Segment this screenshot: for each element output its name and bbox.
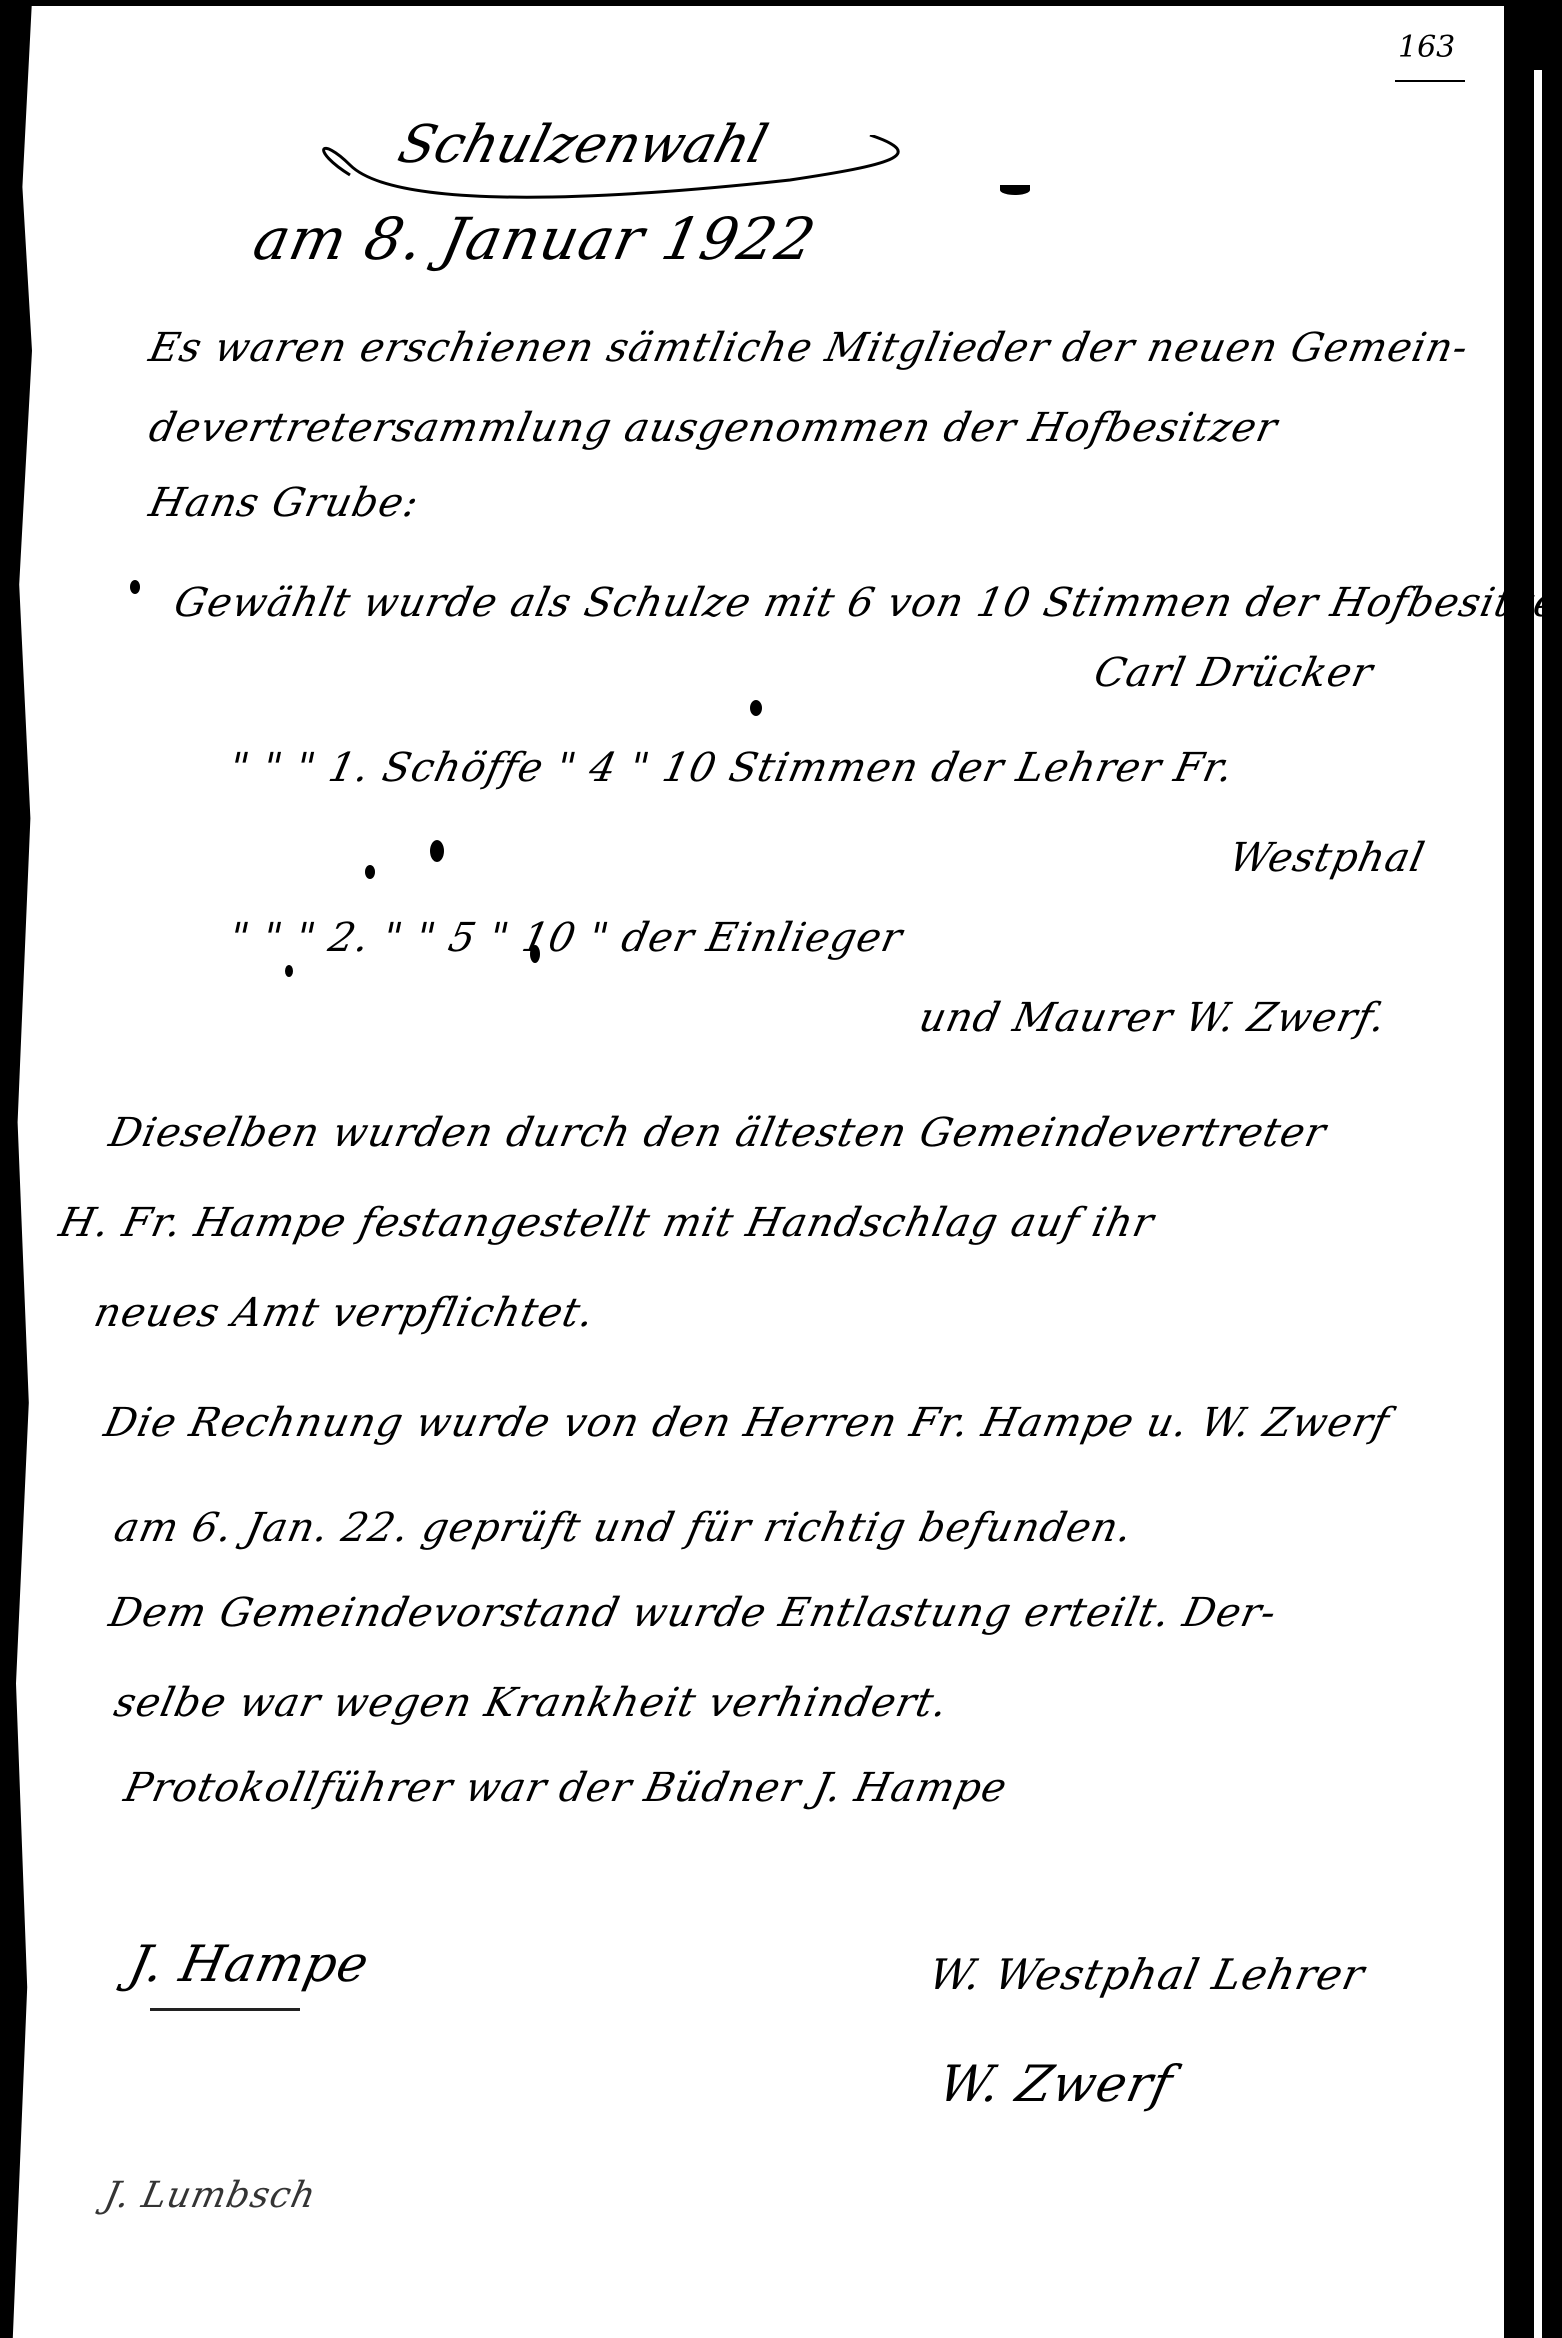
ink-speck — [530, 945, 540, 963]
title-block: Schulzenwahl — [310, 115, 950, 205]
signature-left: J. Hampe — [124, 1935, 375, 1993]
ink-speck — [430, 840, 444, 862]
election-line-1: Gewählt wurde als Schulze mit 6 von 10 S… — [170, 580, 1562, 626]
page-title: Schulzenwahl — [392, 115, 774, 175]
election-line-3: " " " 2. " " 5 " 10 " der Einlieger — [225, 915, 907, 961]
signature-right-1: W. Westphal Lehrer — [925, 1950, 1370, 1999]
body-line-6: neues Amt verpflichtet. — [90, 1290, 599, 1336]
faint-bleedthrough-text: J. Lumbsch — [101, 2175, 320, 2216]
page-binding-gap — [1534, 70, 1542, 2338]
body-line-3: Hans Grube: — [145, 480, 423, 526]
signature-rule — [150, 2008, 300, 2011]
body-line-5: H. Fr. Hampe festangestellt mit Handschl… — [55, 1200, 1158, 1246]
election-line-2: " " " 1. Schöffe " 4 " 10 Stimmen der Le… — [225, 745, 1238, 791]
body-line-2: devertretersammlung ausgenommen der Hofb… — [145, 405, 1282, 451]
ink-speck — [365, 865, 375, 879]
date-line: am 8. Januar 1922 — [248, 205, 822, 273]
body-line-1: Es waren erschienen sämtliche Mitglieder… — [145, 325, 1473, 371]
ink-speck — [285, 965, 293, 977]
ink-speck — [1000, 185, 1030, 195]
body-line-7: Die Rechnung wurde von den Herren Fr. Ha… — [100, 1400, 1393, 1446]
signature-right-2: W. Zwerf — [934, 2055, 1178, 2113]
scan-left-edge — [0, 0, 32, 2338]
body-line-11: Protokollführer war der Büdner J. Hampe — [120, 1765, 1011, 1811]
scan-right-edge — [1504, 0, 1562, 2338]
page-number: 163 — [1398, 30, 1455, 65]
election-name-2: Westphal — [1225, 835, 1429, 881]
body-line-4: Dieselben wurden durch den ältesten Geme… — [105, 1110, 1330, 1156]
scan-top-edge — [0, 0, 1562, 6]
body-line-10: selbe war wegen Krankheit verhindert. — [110, 1680, 952, 1726]
election-name-1: Carl Drücker — [1090, 650, 1377, 696]
election-name-3: und Maurer W. Zwerf. — [915, 995, 1390, 1041]
body-line-9: Dem Gemeindevorstand wurde Entlastung er… — [105, 1590, 1281, 1636]
body-line-8: am 6. Jan. 22. geprüft und für richtig b… — [110, 1505, 1137, 1551]
ink-speck — [750, 700, 762, 716]
page-number-underline — [1395, 80, 1465, 82]
ink-speck — [130, 580, 140, 594]
